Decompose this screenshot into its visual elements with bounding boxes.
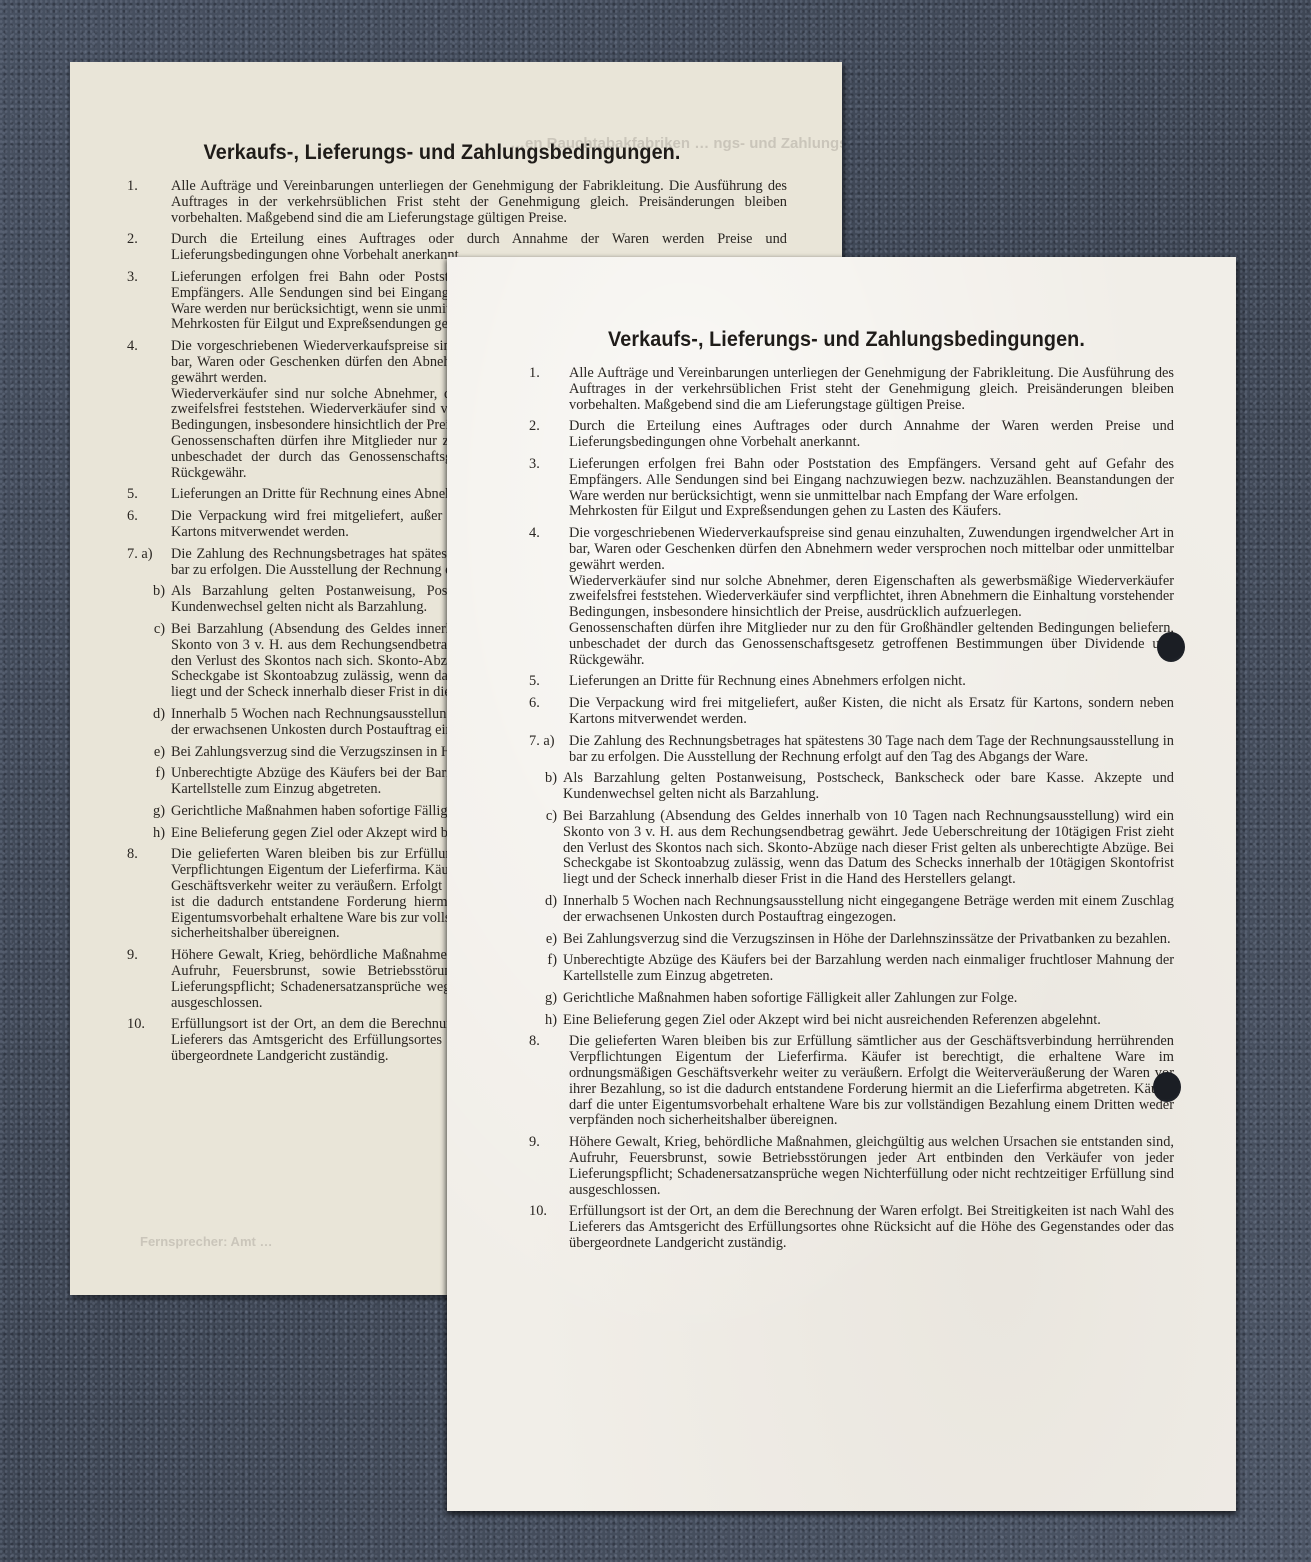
clause-text: Erfüllungsort ist der Ort, an dem die Be… [569, 1204, 1174, 1251]
clause-number: 8. [519, 1034, 569, 1129]
clause-item: 2.Durch die Erteilung eines Auftrages od… [519, 419, 1174, 451]
punch-hole [1157, 632, 1185, 662]
clause-paragraph: Lieferungen erfolgen frei Bahn oder Post… [569, 457, 1174, 504]
clause-paragraph: Alle Aufträge und Vereinbarungen unterli… [171, 179, 787, 226]
clause-paragraph: Wiederverkäufer sind nur solche Abnehmer… [569, 574, 1174, 621]
clause-number: 6. [127, 509, 171, 541]
clause-text: Höhere Gewalt, Krieg, behördliche Maßnah… [569, 1135, 1174, 1198]
clause-item: 1.Alle Aufträge und Vereinbarungen unter… [519, 366, 1174, 413]
clause-text: Unberechtigte Abzüge des Käufers bei der… [563, 953, 1174, 985]
clause-number: 1. [127, 179, 171, 226]
clause-number: e) [127, 745, 171, 761]
clause-item: 5.Lieferungen an Dritte für Rechnung ein… [519, 674, 1174, 690]
clause-text: Lieferungen erfolgen frei Bahn oder Post… [569, 457, 1174, 520]
clause-number: 5. [127, 487, 171, 503]
clause-number: 10. [127, 1017, 171, 1064]
clause-text: Die Zahlung des Rechnungsbetrages hat sp… [569, 734, 1174, 766]
clause-item: 9.Höhere Gewalt, Krieg, behördliche Maßn… [519, 1135, 1174, 1198]
clause-item: 7. a)Die Zahlung des Rechnungsbetrages h… [519, 734, 1174, 766]
clause-paragraph: Die Verpackung wird frei mitgeliefert, a… [569, 696, 1174, 728]
clause-paragraph: Bei Barzahlung (Absendung des Geldes inn… [563, 809, 1174, 888]
clause-number: f) [127, 766, 171, 798]
clause-item: c)Bei Barzahlung (Absendung des Geldes i… [519, 809, 1174, 888]
clause-paragraph: Die gelieferten Waren bleiben bis zur Er… [569, 1034, 1174, 1129]
clause-text: Alle Aufträge und Vereinbarungen unterli… [569, 366, 1174, 413]
clause-item: 8.Die gelieferten Waren bleiben bis zur … [519, 1034, 1174, 1129]
clause-text: Bei Barzahlung (Absendung des Geldes inn… [563, 809, 1174, 888]
clause-number: c) [519, 809, 563, 888]
clause-list: 1.Alle Aufträge und Vereinbarungen unter… [519, 366, 1174, 1252]
clause-text: Die Verpackung wird frei mitgeliefert, a… [569, 696, 1174, 728]
clause-item: 4.Die vorgeschriebenen Wiederverkaufspre… [519, 526, 1174, 668]
clause-text: Bei Zahlungsverzug sind die Verzugszinse… [563, 932, 1174, 948]
clause-paragraph: Bei Zahlungsverzug sind die Verzugszinse… [563, 932, 1174, 948]
clause-text: Innerhalb 5 Wochen nach Rechnungsausstel… [563, 894, 1174, 926]
clause-item: 10.Erfüllungsort ist der Ort, an dem die… [519, 1204, 1174, 1251]
clause-number: 6. [519, 696, 569, 728]
clause-paragraph: Genossenschaften dürfen ihre Mitglieder … [569, 621, 1174, 668]
clause-paragraph: Gerichtliche Maßnahmen haben sofortige F… [563, 991, 1174, 1007]
clause-text: Gerichtliche Maßnahmen haben sofortige F… [563, 991, 1174, 1007]
clause-number: 9. [519, 1135, 569, 1198]
clause-text: Die gelieferten Waren bleiben bis zur Er… [569, 1034, 1174, 1129]
clause-text: Lieferungen an Dritte für Rechnung eines… [569, 674, 1174, 690]
clause-number: 9. [127, 948, 171, 1011]
clause-number: b) [127, 584, 171, 616]
clause-number: d) [127, 707, 171, 739]
clause-number: e) [519, 932, 563, 948]
clause-number: 4. [519, 526, 569, 668]
clause-text: Als Barzahlung gelten Postanweisung, Pos… [563, 771, 1174, 803]
clause-number: 5. [519, 674, 569, 690]
punch-hole [1153, 1072, 1181, 1102]
clause-paragraph: Mehrkosten für Eilgut und Expreßsendunge… [569, 504, 1174, 520]
clause-paragraph: Als Barzahlung gelten Postanweisung, Pos… [563, 771, 1174, 803]
clause-number: d) [519, 894, 563, 926]
clause-paragraph: Erfüllungsort ist der Ort, an dem die Be… [569, 1204, 1174, 1251]
clause-item: 6.Die Verpackung wird frei mitgeliefert,… [519, 696, 1174, 728]
front-sheet: Verkaufs-, Lieferungs- und Zahlungsbedin… [447, 257, 1236, 1511]
clause-number: 7. a) [127, 547, 171, 579]
clause-number: c) [127, 622, 171, 701]
document-title: Verkaufs-, Lieferungs- und Zahlungsbedin… [125, 140, 760, 165]
clause-paragraph: Höhere Gewalt, Krieg, behördliche Maßnah… [569, 1135, 1174, 1198]
clause-text: Eine Belieferung gegen Ziel oder Akzept … [563, 1013, 1174, 1029]
clause-number: g) [519, 991, 563, 1007]
clause-number: 2. [127, 232, 171, 264]
clause-number: 8. [127, 847, 171, 942]
clause-number: f) [519, 953, 563, 985]
bleed-through-text: Fernsprecher: Amt … [140, 1234, 272, 1249]
clause-paragraph: Eine Belieferung gegen Ziel oder Akzept … [563, 1013, 1174, 1029]
clause-number: 7. a) [519, 734, 569, 766]
clause-paragraph: Unberechtigte Abzüge des Käufers bei der… [563, 953, 1174, 985]
clause-number: 4. [127, 339, 171, 481]
clause-number: 2. [519, 419, 569, 451]
clause-number: h) [519, 1013, 563, 1029]
clause-number: g) [127, 804, 171, 820]
clause-number: 3. [519, 457, 569, 520]
clause-paragraph: Durch die Erteilung eines Auftrages oder… [569, 419, 1174, 451]
clause-number: b) [519, 771, 563, 803]
clause-number: 10. [519, 1204, 569, 1251]
clause-number: 1. [519, 366, 569, 413]
clause-paragraph: Lieferungen an Dritte für Rechnung eines… [569, 674, 1174, 690]
clause-text: Die vorgeschriebenen Wiederverkaufspreis… [569, 526, 1174, 668]
clause-item: e)Bei Zahlungsverzug sind die Verzugszin… [519, 932, 1174, 948]
clause-number: h) [127, 826, 171, 842]
clause-item: f)Unberechtigte Abzüge des Käufers bei d… [519, 953, 1174, 985]
clause-paragraph: Die Zahlung des Rechnungsbetrages hat sp… [569, 734, 1174, 766]
document-title: Verkaufs-, Lieferungs- und Zahlungsbedin… [545, 327, 1148, 352]
clause-number: 3. [127, 270, 171, 333]
clause-paragraph: Alle Aufträge und Vereinbarungen unterli… [569, 366, 1174, 413]
clause-item: h)Eine Belieferung gegen Ziel oder Akzep… [519, 1013, 1174, 1029]
clause-paragraph: Die vorgeschriebenen Wiederverkaufspreis… [569, 526, 1174, 573]
clause-item: 1.Alle Aufträge und Vereinbarungen unter… [127, 179, 787, 226]
clause-item: b)Als Barzahlung gelten Postanweisung, P… [519, 771, 1174, 803]
clause-paragraph: Innerhalb 5 Wochen nach Rechnungsausstel… [563, 894, 1174, 926]
clause-text: Alle Aufträge und Vereinbarungen unterli… [171, 179, 787, 226]
clause-item: g)Gerichtliche Maßnahmen haben sofortige… [519, 991, 1174, 1007]
clause-item: d)Innerhalb 5 Wochen nach Rechnungsausst… [519, 894, 1174, 926]
clause-item: 3.Lieferungen erfolgen frei Bahn oder Po… [519, 457, 1174, 520]
terms-document: Verkaufs-, Lieferungs- und Zahlungsbedin… [519, 327, 1174, 1258]
clause-text: Durch die Erteilung eines Auftrages oder… [569, 419, 1174, 451]
